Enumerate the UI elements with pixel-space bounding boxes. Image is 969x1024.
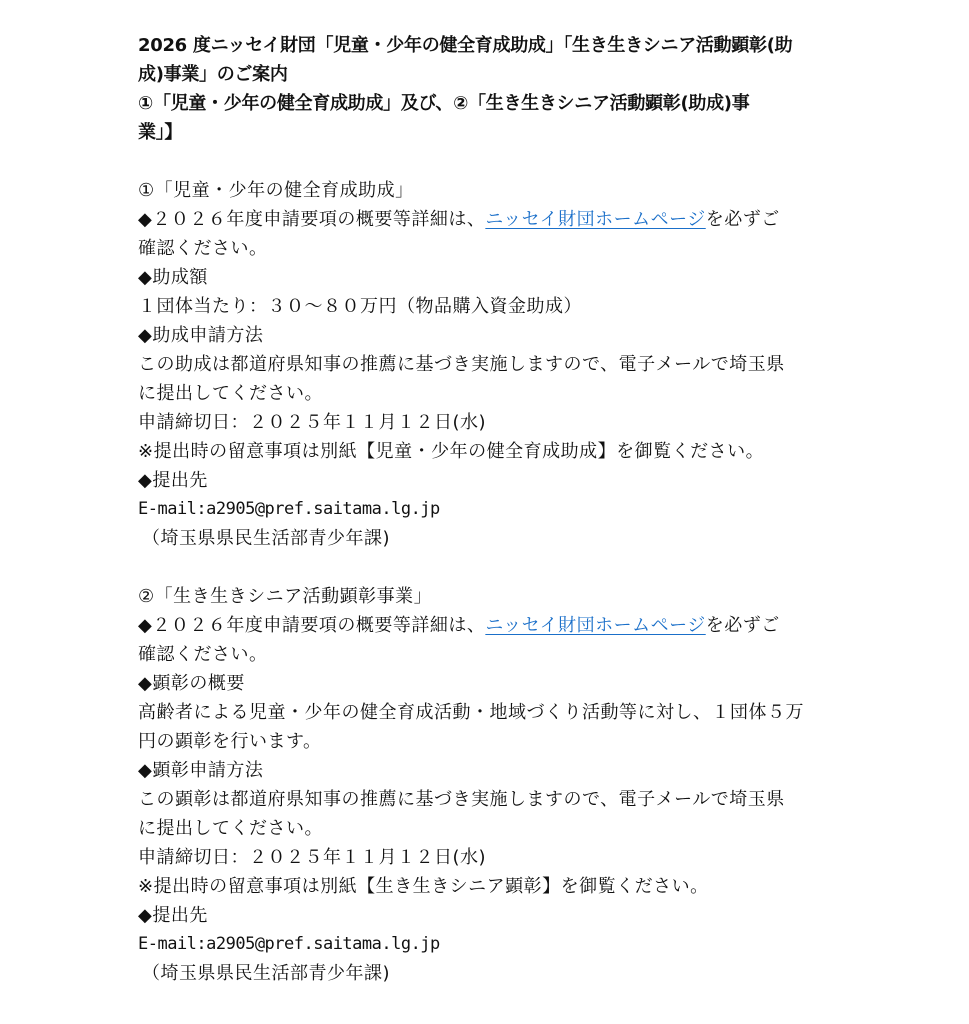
page-subtitle-line-2: 業」】 (138, 118, 838, 147)
section1-overview: ◆２０２６年度申請要項の概要等詳細は、ニッセイ財団ホームページを必ずご (138, 205, 838, 234)
section1-overview-prefix: ◆２０２６年度申請要項の概要等詳細は、 (138, 209, 485, 230)
spacer (138, 147, 838, 176)
page-subtitle-line-1: ①「児童・少年の健全育成助成」及び、②「生き生きシニア活動顕彰(助成)事 (138, 89, 838, 118)
section1-overview-line-2: 確認ください。 (138, 234, 838, 263)
nissay-foundation-homepage-link[interactable]: ニッセイ財団ホームページ (485, 209, 705, 230)
section2-overview-suffix: を必ずご (706, 615, 780, 636)
section2-summary-line-2: 円の顕彰を行います。 (138, 727, 838, 756)
section2-heading: ②「生き生きシニア活動顕彰事業」 (138, 582, 838, 611)
section1-email: E-mail:a2905@pref.saitama.lg.jp (138, 495, 838, 524)
section2-submit-heading: ◆提出先 (138, 901, 838, 930)
section2-overview: ◆２０２６年度申請要項の概要等詳細は、ニッセイ財団ホームページを必ずご (138, 611, 838, 640)
section1-overview-suffix: を必ずご (706, 209, 780, 230)
section1-amount-heading: ◆助成額 (138, 263, 838, 292)
section1-heading: ①「児童・少年の健全育成助成」 (138, 176, 838, 205)
section2-method-heading: ◆顕彰申請方法 (138, 756, 838, 785)
section2-department: （埼玉県県民生活部青少年課) (138, 959, 838, 988)
section2-note: ※提出時の留意事項は別紙【生き生きシニア顕彰】を御覧ください。 (138, 872, 838, 901)
section1-submit-heading: ◆提出先 (138, 466, 838, 495)
section2-overview-prefix: ◆２０２６年度申請要項の概要等詳細は、 (138, 615, 485, 636)
section2-method-line-1: この顕彰は都道府県知事の推薦に基づき実施しますので、電子メールで埼玉県 (138, 785, 838, 814)
section2-overview-line-2: 確認ください。 (138, 640, 838, 669)
page-title-line-1: 2026 度ニッセイ財団「児童・少年の健全育成助成」「生き生きシニア活動顕彰(助 (138, 31, 838, 60)
section1-method-heading: ◆助成申請方法 (138, 321, 838, 350)
nissay-foundation-homepage-link-2[interactable]: ニッセイ財団ホームページ (485, 615, 705, 636)
document-body: 2026 度ニッセイ財団「児童・少年の健全育成助成」「生き生きシニア活動顕彰(助… (138, 31, 838, 988)
section1-method-line-1: この助成は都道府県知事の推薦に基づき実施しますので、電子メールで埼玉県 (138, 350, 838, 379)
section2-summary-heading: ◆顕彰の概要 (138, 669, 838, 698)
spacer (138, 553, 838, 582)
section1-deadline: 申請締切日：２０２５年１１月１２日(水) (138, 408, 838, 437)
section1-note: ※提出時の留意事項は別紙【児童・少年の健全育成助成】を御覧ください。 (138, 437, 838, 466)
section2-deadline: 申請締切日：２０２５年１１月１２日(水) (138, 843, 838, 872)
section2-method-line-2: に提出してください。 (138, 814, 838, 843)
page-title-line-2: 成)事業」のご案内 (138, 60, 838, 89)
section2-summary-line-1: 高齢者による児童・少年の健全育成活動・地域づくり活動等に対し、１団体５万 (138, 698, 838, 727)
section1-department: （埼玉県県民生活部青少年課) (138, 524, 838, 553)
section2-email: E-mail:a2905@pref.saitama.lg.jp (138, 930, 838, 959)
section1-method-line-2: に提出してください。 (138, 379, 838, 408)
section1-amount-text: １団体当たり：３０～８０万円（物品購入資金助成） (138, 292, 838, 321)
